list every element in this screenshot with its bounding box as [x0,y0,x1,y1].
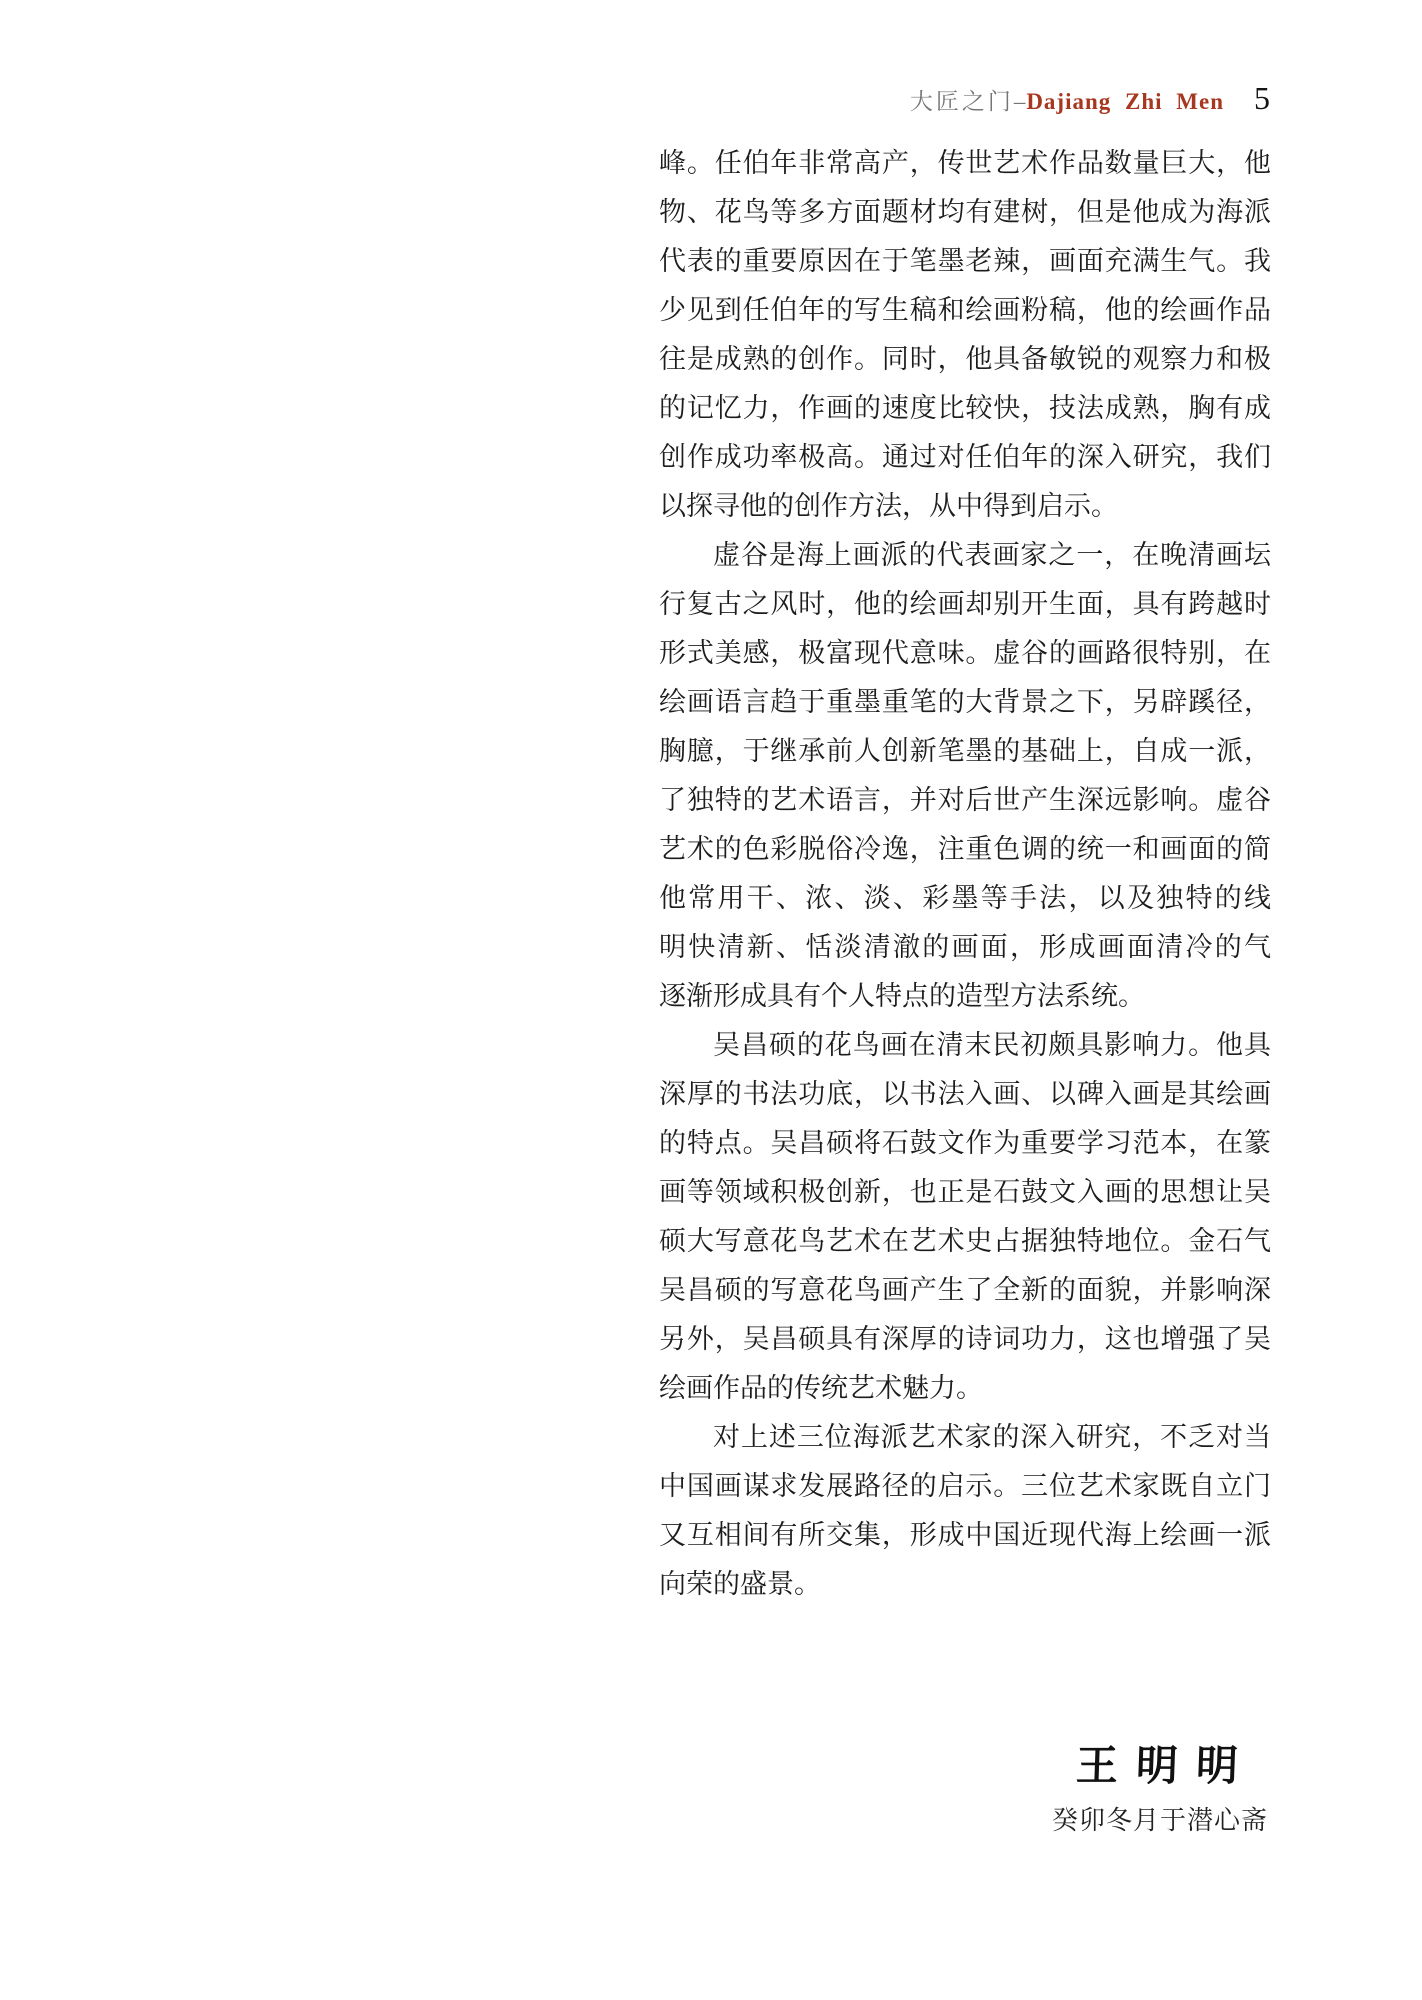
running-head: 大匠之门–Dajiang Zhi Men5 [910,82,1270,114]
text-line: 峰。任伯年非常高产，传世艺术作品数量巨大，他在人 [659,139,1271,188]
text-line: 向荣的盛景。 [659,1560,1271,1609]
book-title-english: Dajiang Zhi Men [1026,89,1224,114]
text-line: 往是成熟的创作。同时，他具备敏锐的观察力和极强 [659,335,1271,384]
title-separator: – [1014,89,1026,114]
text-line: 虚谷是海上画派的代表画家之一，在晚清画坛盛 [659,531,1271,580]
text-line: 逐渐形成具有个人特点的造型方法系统。 [659,972,1271,1021]
paragraph: 虚谷是海上画派的代表画家之一，在晚清画坛盛行复古之风时，他的绘画却别开生面，具有… [659,531,1271,1021]
author-signature: 王明明 [1051,1744,1257,1790]
text-line: 另外，吴昌硕具有深厚的诗词功力，这也增强了吴昌硕 [659,1315,1271,1364]
page-number: 5 [1254,80,1270,116]
text-line: 以探寻他的创作方法，从中得到启示。 [659,482,1271,531]
body-text-column: 峰。任伯年非常高产，传世艺术作品数量巨大，他在人物、花鸟等多方面题材均有建树，但… [659,139,1271,1609]
text-line: 行复古之风时，他的绘画却别开生面，具有跨越时代的 [659,580,1271,629]
paragraph: 峰。任伯年非常高产，传世艺术作品数量巨大，他在人物、花鸟等多方面题材均有建树，但… [659,139,1271,531]
text-line: 形式美感，极富现代意味。虚谷的画路很特别，在清末 [659,629,1271,678]
text-line: 画等领域积极创新，也正是石鼓文入画的思想让吴昌 [659,1168,1271,1217]
page: 大匠之门–Dajiang Zhi Men5 峰。任伯年非常高产，传世艺术作品数量… [0,0,1422,2000]
paragraph: 吴昌硕的花鸟画在清末民初颇具影响力。他具有深厚的书法功底，以书法入画、以碑入画是… [659,1021,1271,1413]
text-line: 深厚的书法功底，以书法入画、以碑入画是其绘画作品 [659,1070,1271,1119]
text-line: 创作成功率极高。通过对任伯年的深入研究，我们可 [659,433,1271,482]
text-line: 少见到任伯年的写生稿和绘画粉稿，他的绘画作品往 [659,286,1271,335]
signature-block: 王明明 癸卯冬月于潜心斋 [1052,1744,1268,1834]
text-line: 了独特的艺术语言，并对后世产生深远影响。虚谷绘画 [659,776,1271,825]
text-line: 他常用干、浓、淡、彩墨等手法，以及独特的线条，构成 [659,874,1271,923]
text-line: 胸臆，于继承前人创新笔墨的基础上，自成一派，形成 [659,727,1271,776]
text-line: 艺术的色彩脱俗冷逸，注重色调的统一和画面的简洁。 [659,825,1271,874]
paragraph: 对上述三位海派艺术家的深入研究，不乏对当下中国画谋求发展路径的启示。三位艺术家既… [659,1413,1271,1609]
text-line: 的特点。吴昌硕将石鼓文作为重要学习范本，在篆法入 [659,1119,1271,1168]
text-line: 明快清新、恬淡清澈的画面，形成画面清冷的气质，并 [659,923,1271,972]
text-line: 的记忆力，作画的速度比较快，技法成熟，胸有成竹， [659,384,1271,433]
text-line: 绘画语言趋于重墨重笔的大背景之下，另辟蹊径，直抒 [659,678,1271,727]
text-line: 吴昌硕的写意花鸟画产生了全新的面貌，并影响深远。 [659,1266,1271,1315]
text-line: 硕大写意花鸟艺术在艺术史占据独特地位。金石气使 [659,1217,1271,1266]
text-line: 绘画作品的传统艺术魅力。 [659,1364,1271,1413]
text-line: 对上述三位海派艺术家的深入研究，不乏对当下 [659,1413,1271,1462]
text-line: 又互相间有所交集，形成中国近现代海上绘画一派欣欣 [659,1511,1271,1560]
text-line: 物、花鸟等多方面题材均有建树，但是他成为海派绘画 [659,188,1271,237]
text-line: 中国画谋求发展路径的启示。三位艺术家既自立门户， [659,1462,1271,1511]
signature-date-line: 癸卯冬月于潜心斋 [1052,1808,1268,1834]
book-title-chinese: 大匠之门 [910,89,1014,114]
text-line: 代表的重要原因在于笔墨老辣，画面充满生气。我们很 [659,237,1271,286]
text-line: 吴昌硕的花鸟画在清末民初颇具影响力。他具有 [659,1021,1271,1070]
